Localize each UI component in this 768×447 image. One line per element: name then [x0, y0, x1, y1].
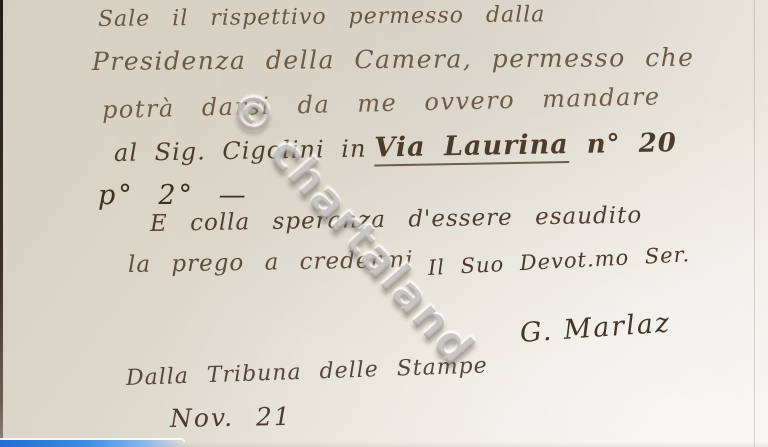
blue-cover-edge	[0, 440, 185, 447]
paper-fold-crease	[754, 0, 755, 447]
photo-left-dark-edge	[0, 0, 3, 447]
underlined-address: Via Laurina	[374, 129, 569, 166]
handwritten-line-3: potrà darsi da me ovvero mandare	[102, 82, 661, 124]
address-prefix: al Sig. Cigolini in	[114, 135, 367, 167]
signature: G. Marlaz	[519, 307, 672, 348]
closing-salutation: Il Suo Devot.mo Ser.	[427, 242, 690, 280]
street-number: n° 20	[586, 128, 677, 160]
letter-photo: Sale il rispettivo permesso dalla Presid…	[0, 0, 768, 447]
handwritten-line-2: Presidenza della Camera, permesso che	[92, 43, 695, 76]
handwritten-line-4: al Sig. Cigolini inVia Laurinan° 20	[114, 127, 677, 168]
handwritten-line-7: la prego a credermi	[128, 247, 414, 278]
handwritten-line-5-floor: p° 2° —	[98, 180, 249, 211]
office-line: Dalla Tribuna delle Stampe	[126, 353, 489, 391]
date-line: Nov. 21	[170, 402, 292, 433]
handwritten-line-1: Sale il rispettivo permesso dalla	[98, 2, 546, 32]
